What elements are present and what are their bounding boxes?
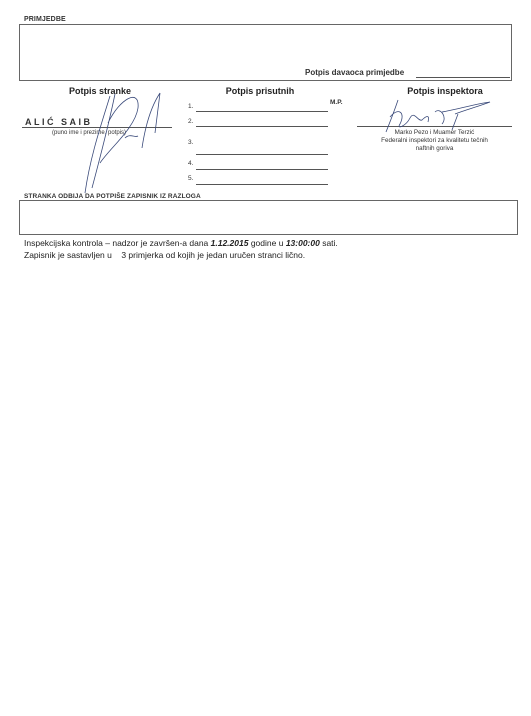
attendee-line-5[interactable] — [196, 184, 328, 185]
inspection-date: 1.12.2015 — [211, 238, 249, 248]
party-signature-scribble — [80, 88, 180, 198]
closing-line2-suffix: primjerka od kojih je jedan uručen stran… — [126, 250, 305, 260]
attendee-line-3[interactable] — [196, 154, 328, 155]
inspector-title-line1: Federalni inspektori za kvalitetu tečnih — [357, 137, 512, 144]
attendee-number-5: 5. — [188, 175, 193, 182]
closing-line1-suffix: sati. — [320, 238, 338, 248]
closing-line2-prefix: Zapisnik je sastavljen u — [24, 250, 121, 260]
remarks-signature-label: Potpis davaoca primjedbe — [305, 68, 404, 77]
inspector-title-line2: naftnih goriva — [357, 145, 512, 152]
attendee-line-1[interactable] — [196, 111, 328, 112]
attendees-signature-heading: Potpis prisutnih — [200, 86, 320, 96]
closing-line1-middle: godine u — [248, 238, 285, 248]
attendee-number-2: 2. — [188, 118, 193, 125]
remarks-signature-line[interactable] — [416, 77, 510, 78]
refusal-label: STRANKA ODBIJA DA POTPIŠE ZAPISNIK IZ RA… — [24, 193, 201, 200]
attendee-number-4: 4. — [188, 160, 193, 167]
attendee-number-3: 3. — [188, 139, 193, 146]
inspection-time: 13:00:00 — [286, 238, 320, 248]
remarks-box[interactable] — [19, 24, 512, 81]
inspector-signature-scribble — [380, 92, 490, 137]
closing-line-1: Inspekcijska kontrola – nadzor je završe… — [24, 238, 338, 248]
stamp-label: M.P. — [330, 99, 343, 106]
closing-line-2: Zapisnik je sastavljen u 3 primjerka od … — [24, 250, 305, 260]
closing-line1-prefix: Inspekcijska kontrola – nadzor je završe… — [24, 238, 211, 248]
attendee-line-4[interactable] — [196, 169, 328, 170]
attendee-number-1: 1. — [188, 103, 193, 110]
attendee-line-2[interactable] — [196, 126, 328, 127]
refusal-box[interactable] — [19, 200, 518, 235]
remarks-label: PRIMJEDBE — [24, 16, 66, 23]
